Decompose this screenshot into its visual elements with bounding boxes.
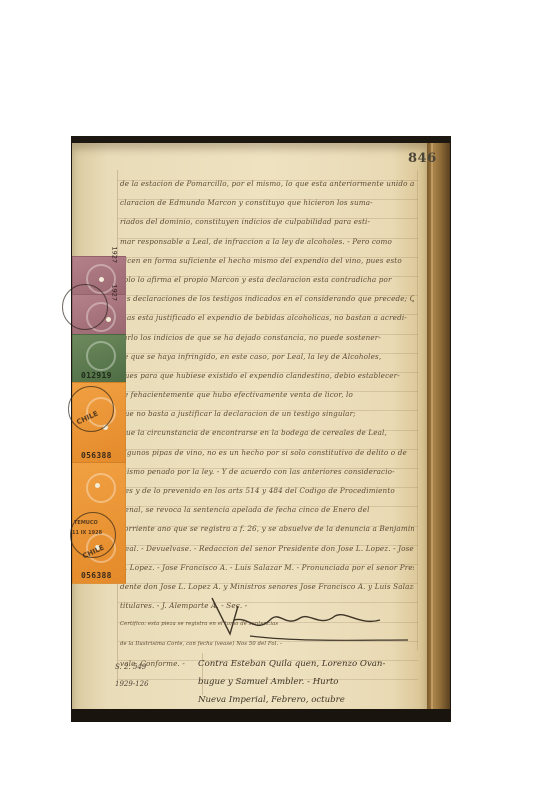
footer-note-line: Nueva Imperial, Febrero, octubre bbox=[198, 695, 345, 705]
postmark-circle bbox=[62, 284, 108, 330]
case-number: S. 2. 549 bbox=[115, 663, 146, 671]
case-year-code: 1929-126 bbox=[115, 680, 149, 688]
handwritten-line: dicen en forma suficiente el hecho mismo… bbox=[120, 251, 414, 270]
handwritten-line: nes y de lo prevenido en los arts 514 y … bbox=[120, 481, 414, 500]
handwritten-line: corriente ano que se registra a f. 26, y… bbox=[120, 519, 414, 538]
handwritten-line: claracion de Edmundo Marcon y constituyo… bbox=[120, 193, 414, 212]
stamp-year: 1927 bbox=[111, 284, 119, 301]
postmark-date: 11 IX 1928 bbox=[72, 530, 102, 536]
perforation-hole bbox=[95, 483, 100, 488]
stamp-emblem-icon bbox=[86, 473, 116, 503]
perforation-hole bbox=[106, 317, 111, 322]
handwritten-line: algunos pipas de vino, no es un hecho po… bbox=[120, 443, 414, 462]
page-number: 846 bbox=[408, 151, 437, 166]
handwritten-line: que no basta a justificar la declaracion… bbox=[120, 404, 414, 423]
footer-note-line: bugue y Samuel Ambler. - Hurto bbox=[198, 677, 338, 687]
perforation-hole bbox=[99, 277, 104, 282]
handwritten-line: dente don Jose L. Lopez A. y Ministros s… bbox=[120, 577, 414, 596]
signature-flourish bbox=[210, 596, 410, 646]
handwritten-line: tarlo los indicios de que se ha dejado c… bbox=[120, 328, 414, 347]
handwritten-line: solo lo afirma el propio Marcon y esta d… bbox=[120, 270, 414, 289]
handwritten-line: se fehacientemente que hubo efectivament… bbox=[120, 385, 414, 404]
stamp-serial: 012919 bbox=[81, 371, 112, 380]
postmark-circle bbox=[68, 386, 114, 432]
handwritten-line: de la estacion de Pomarcillo, por el mis… bbox=[120, 174, 414, 193]
postmark-town: TEMUCO bbox=[74, 520, 98, 526]
handwritten-line: Que la circunstancia de encontrarse en l… bbox=[120, 423, 414, 442]
handwritten-line: Penal, se revoca la sentencia apelada de… bbox=[120, 500, 414, 519]
revenue-stamps: 1927 1927 012919 056388 CHILE 056388 TEM… bbox=[72, 256, 125, 636]
handwritten-line: mas esta justificado el expendio de bebi… bbox=[120, 308, 414, 327]
stamp-emblem-icon bbox=[86, 341, 116, 371]
book-fore-edge bbox=[427, 143, 450, 709]
handwritten-line: mismo penado por la ley. - Y de acuerdo … bbox=[120, 462, 414, 481]
book-bottom-edge bbox=[71, 709, 451, 722]
handwritten-line: se que se haya infringido, en este caso,… bbox=[120, 347, 414, 366]
stamp-year: 1927 bbox=[111, 246, 119, 263]
handwritten-line: pues para que hubiese existido el expend… bbox=[120, 366, 414, 385]
handwritten-line: L. Lopez. - Jose Francisco A. - Luis Sal… bbox=[120, 558, 414, 577]
marginal-reference-box bbox=[114, 653, 203, 695]
stamp-serial: 056388 bbox=[81, 571, 112, 580]
handwritten-line: Leal. - Devuelvase. - Redaccion del seno… bbox=[120, 539, 414, 558]
footer-note-line: Contra Esteban Quila quen, Lorenzo Ovan- bbox=[198, 659, 385, 669]
stamp-serial: 056388 bbox=[81, 451, 112, 460]
stamp-green: 012919 bbox=[72, 334, 126, 384]
handwritten-line: riados del dominio, constituyen indicios… bbox=[120, 212, 414, 231]
handwritten-line: las declaraciones de los testigos indica… bbox=[120, 289, 414, 308]
handwritten-line: mar responsable a Leal, de infraccion a … bbox=[120, 232, 414, 251]
